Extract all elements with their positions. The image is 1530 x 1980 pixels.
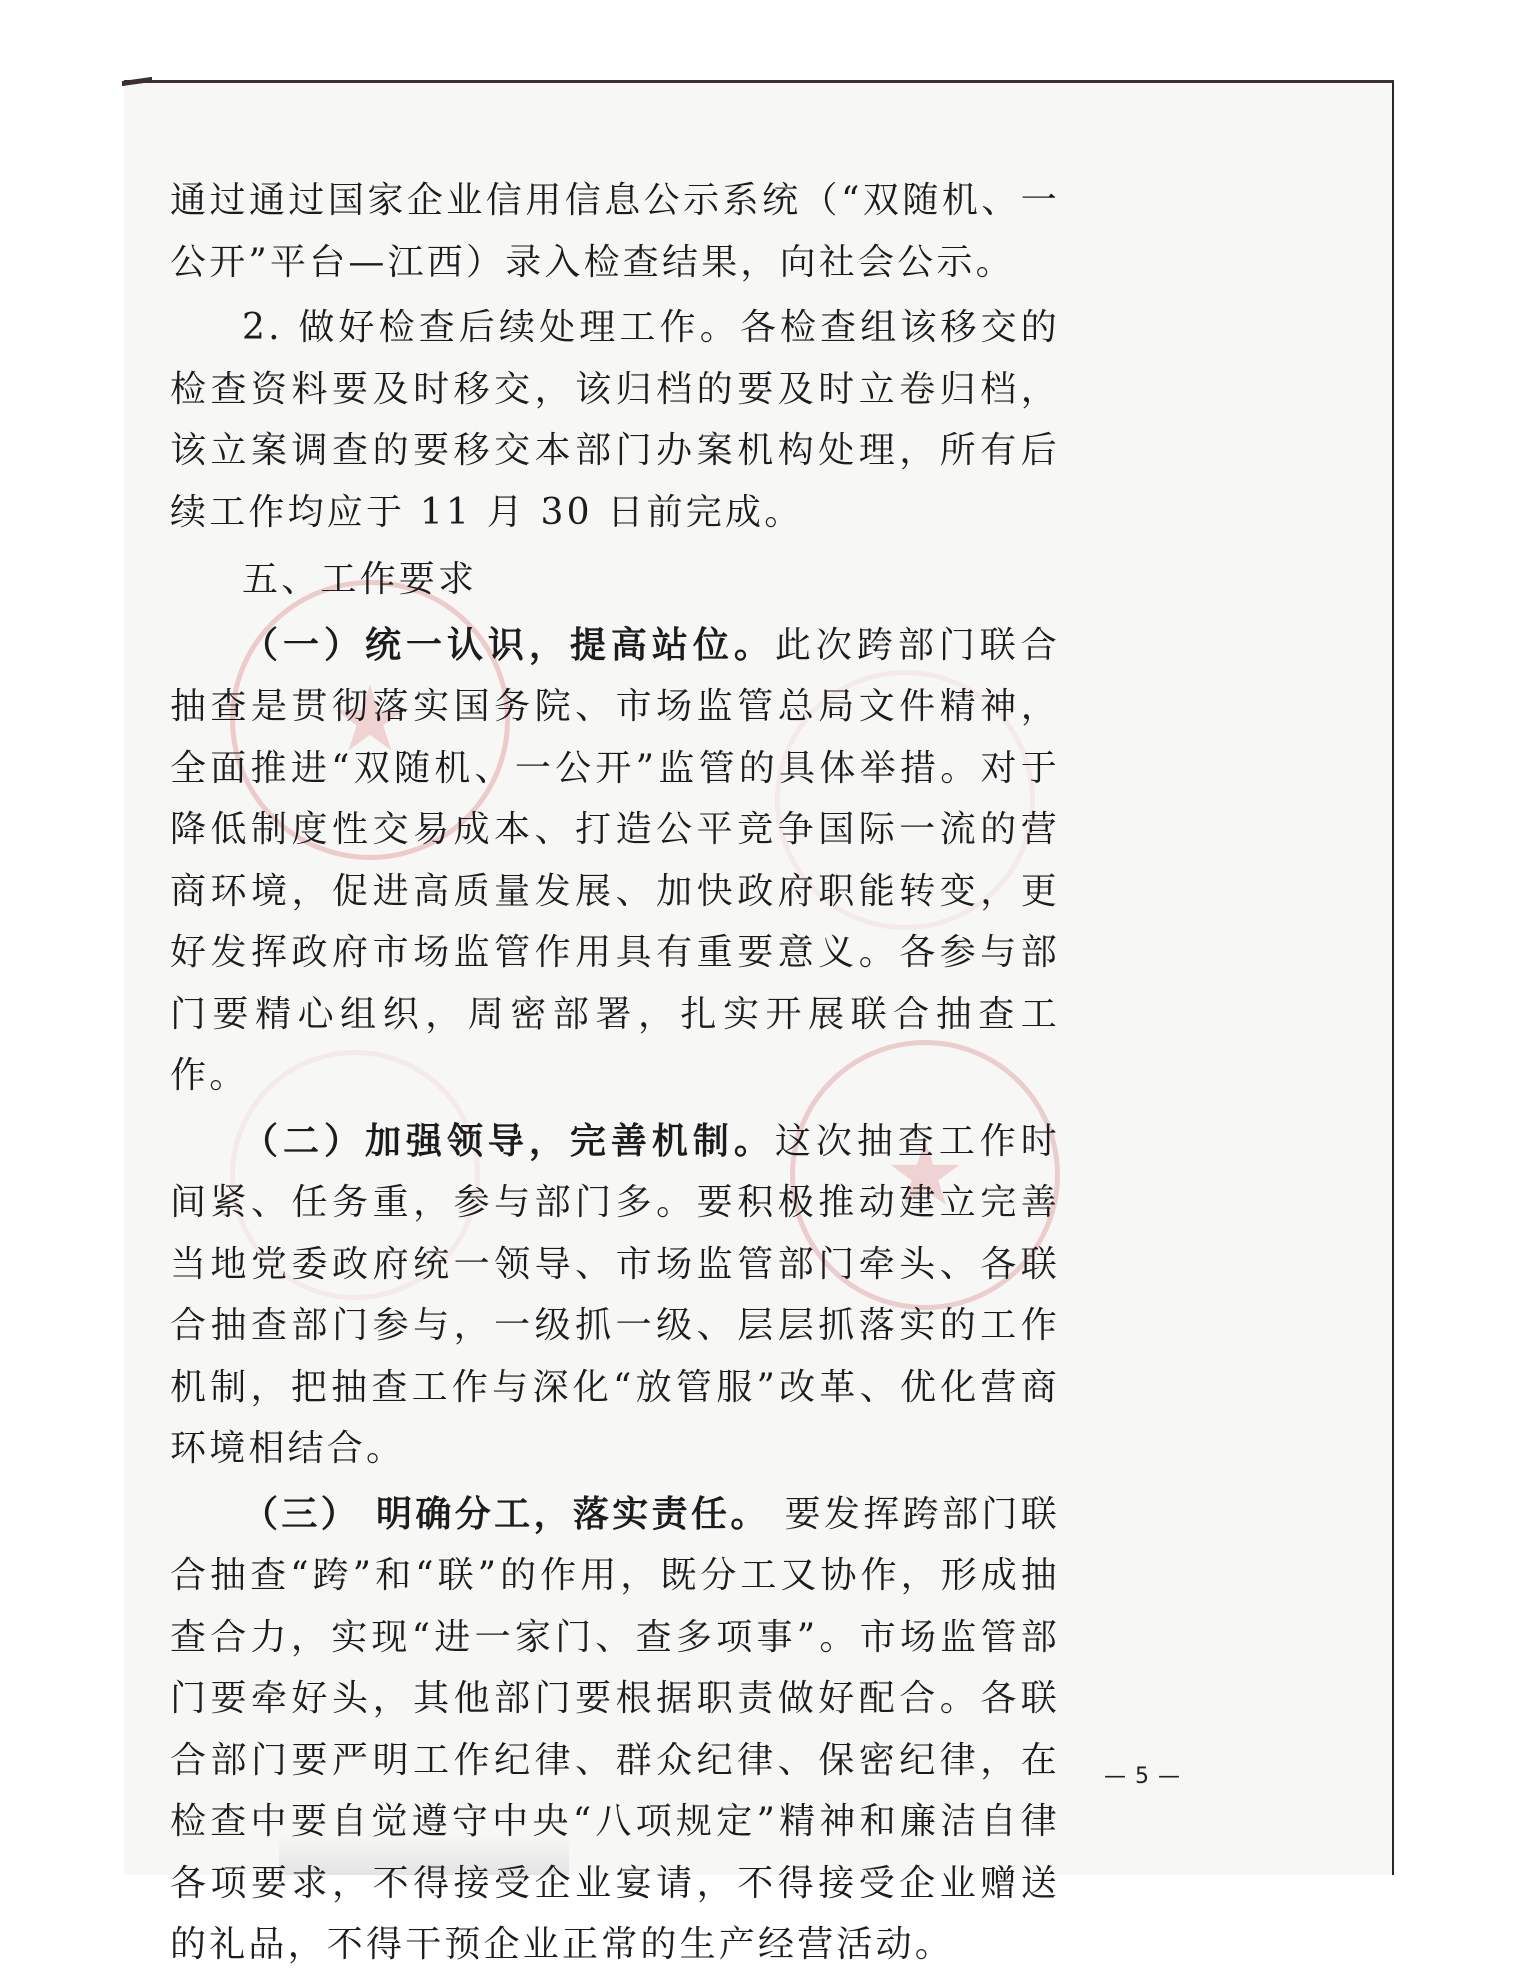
requirement-lead: （二）加强领导，完善机制。 (242, 1121, 775, 1162)
requirement-lead: （一）统一认识，提高站位。 (242, 625, 775, 666)
section-heading: 五、工作要求 (170, 549, 1060, 611)
paragraph-continuation: 通过通过国家企业信用信息公示系统（“双随机、一公开”平台—江西）录入检查结果，向… (170, 170, 1060, 293)
requirement-text: 要发挥跨部门联合抽查“跨”和“联”的作用，既分工又协作，形成抽查合力，实现“进一… (170, 1494, 1060, 1966)
requirement-item-3: （三） 明确分工，落实责任。 要发挥跨部门联合抽查“跨”和“联”的作用，既分工又… (170, 1484, 1060, 1976)
requirement-text: 这次抽查工作时间紧、任务重，参与部门多。要积极推动建立完善当地党委政府统一领导、… (170, 1121, 1060, 1470)
requirement-item-2: （二）加强领导，完善机制。这次抽查工作时间紧、任务重，参与部门多。要积极推动建立… (170, 1111, 1060, 1480)
paragraph-followup-work: 2. 做好检查后续处理工作。各检查组该移交的检查资料要及时移交，该归档的要及时立… (170, 297, 1060, 543)
requirement-text: 此次跨部门联合抽查是贯彻落实国务院、市场监管总局文件精神，全面推进“双随机、一公… (170, 625, 1060, 1097)
requirement-lead: （三） 明确分工，落实责任。 (242, 1494, 770, 1535)
document-body: 通过通过国家企业信用信息公示系统（“双随机、一公开”平台—江西）录入检查结果，向… (170, 170, 1060, 1976)
page-number: — 5 — (1104, 1764, 1181, 1789)
page-corner-edge (122, 77, 152, 86)
requirement-item-1: （一）统一认识，提高站位。此次跨部门联合抽查是贯彻落实国务院、市场监管总局文件精… (170, 615, 1060, 1107)
